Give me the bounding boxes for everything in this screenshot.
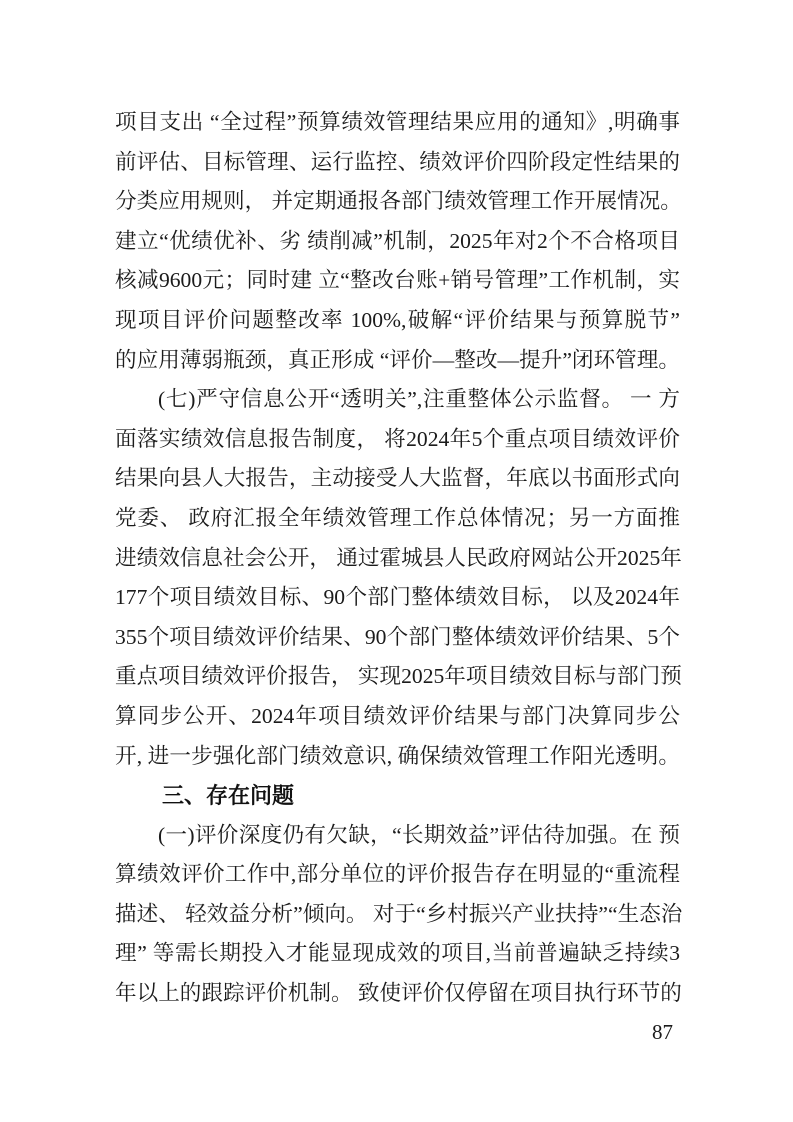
- text-line: 理” 等需长期投入才能显现成效的项目,当前普遍缺乏持续3: [115, 934, 680, 974]
- section-heading: 三、存在问题: [115, 776, 680, 816]
- text-line: 355个项目绩效评价结果、90个部门整体绩效评价结果、5个: [115, 618, 680, 658]
- text-line: 描述、 轻效益分析”倾向。 对于“乡村振兴产业扶持”“生态治: [115, 895, 680, 935]
- heading-section-three: 三、存在问题: [115, 776, 680, 816]
- text-line: 前评估、目标管理、运行监控、绩效评价四阶段定性结果的: [115, 143, 680, 183]
- text-line: (七)严守信息公开“透明关”,注重整体公示监督。 一 方: [115, 380, 680, 420]
- paragraph-continuation: 项目支出 “全过程”预算绩效管理结果应用的通知》,明确事前评估、目标管理、运行监…: [115, 103, 680, 380]
- text-line: 项目支出 “全过程”预算绩效管理结果应用的通知》,明确事: [115, 103, 680, 143]
- paragraph-item-one: (一)评价深度仍有欠缺，“长期效益”评估待加强。在 预算绩效评价工作中,部分单位…: [115, 816, 680, 1014]
- document-page: 项目支出 “全过程”预算绩效管理结果应用的通知》,明确事前评估、目标管理、运行监…: [0, 0, 793, 1122]
- text-line: 年以上的跟踪评价机制。 致使评价仅停留在项目执行环节的: [115, 974, 680, 1014]
- text-line: 重点项目绩效评价报告， 实现2025年项目绩效目标与部门预: [115, 657, 680, 697]
- text-line: 算同步公开、2024年项目绩效评价结果与部门决算同步公: [115, 697, 680, 737]
- paragraph-item-seven: (七)严守信息公开“透明关”,注重整体公示监督。 一 方面落实绩效信息报告制度，…: [115, 380, 680, 776]
- document-body: 项目支出 “全过程”预算绩效管理结果应用的通知》,明确事前评估、目标管理、运行监…: [115, 103, 680, 1014]
- text-line: 面落实绩效信息报告制度， 将2024年5个重点项目绩效评价: [115, 420, 680, 460]
- text-line: 177个项目绩效目标、90个部门整体绩效目标， 以及2024年: [115, 578, 680, 618]
- page-footer: 87: [115, 1013, 680, 1046]
- text-line: 现项目评价问题整改率 100%,破解“评价结果与预算脱节”: [115, 301, 680, 341]
- page-number: 87: [115, 1018, 680, 1046]
- text-line: 的应用薄弱瓶颈，真正形成 “评价—整改—提升”闭环管理。: [115, 341, 680, 381]
- text-line: 核减9600元；同时建 立“整改台账+销号管理”工作机制，实: [115, 261, 680, 301]
- text-line: (一)评价深度仍有欠缺，“长期效益”评估待加强。在 预: [115, 816, 680, 856]
- text-line: 开, 进一步强化部门绩效意识, 确保绩效管理工作阳光透明。: [115, 737, 680, 777]
- text-line: 结果向县人大报告，主动接受人大监督，年底以书面形式向: [115, 459, 680, 499]
- text-line: 建立“优绩优补、劣 绩削减”机制，2025年对2个不合格项目: [115, 222, 680, 262]
- text-line: 算绩效评价工作中,部分单位的评价报告存在明显的“重流程: [115, 855, 680, 895]
- text-line: 党委、 政府汇报全年绩效管理工作总体情况；另一方面推: [115, 499, 680, 539]
- text-line: 分类应用规则， 并定期通报各部门绩效管理工作开展情况。: [115, 182, 680, 222]
- text-line: 进绩效信息社会公开， 通过霍城县人民政府网站公开2025年: [115, 539, 680, 579]
